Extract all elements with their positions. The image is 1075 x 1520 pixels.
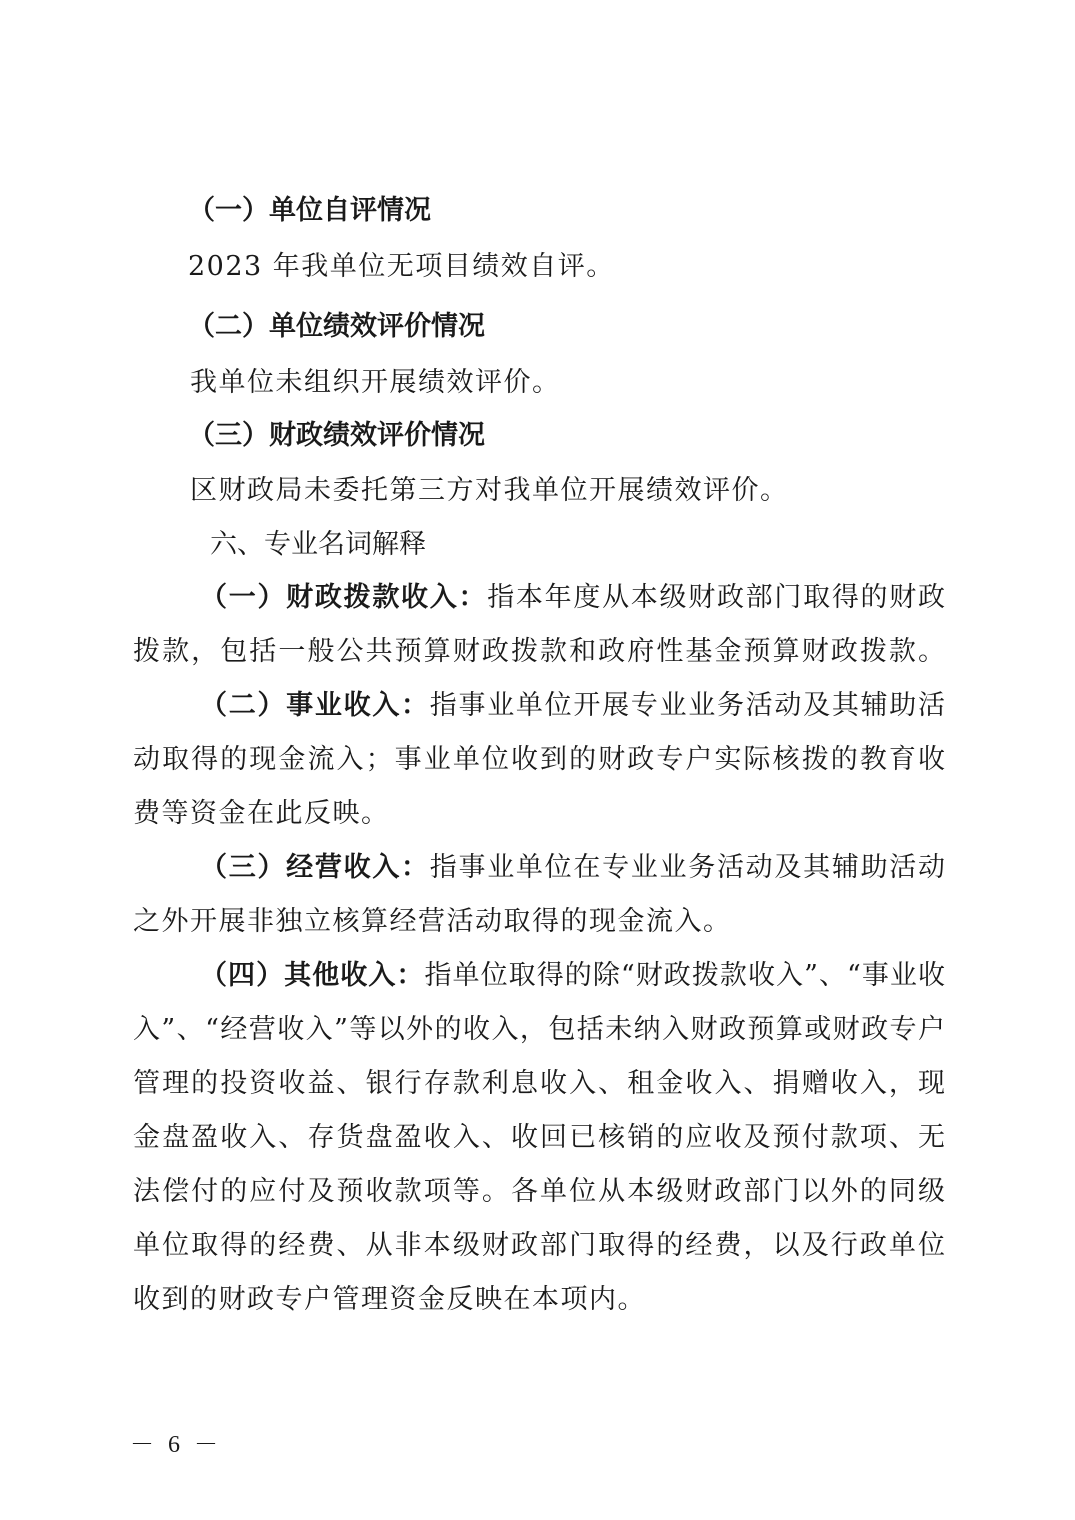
term-text: 指事业单位开展专业业务活动及其辅助活 [430,690,945,721]
term-paragraph-operating-income-line-2: 之外开展非独立核算经营活动取得的现金流入。 [133,904,732,940]
paragraph-self-evaluation: 2023 年我单位无项目绩效自评。 [188,249,615,285]
term-text: 指本年度从本级财政部门取得的财政 [487,582,945,613]
document-page: （一）单位自评情况 2023 年我单位无项目绩效自评。 （二）单位绩效评价情况 … [0,0,1075,1520]
subsection-heading-unit-performance-evaluation: （二）单位绩效评价情况 [188,309,485,345]
term-paragraph-other-income-line-7: 收到的财政专户管理资金反映在本项内。 [133,1282,646,1318]
term-paragraph-other-income-line-3: 管理的投资收益、银行存款利息收入、租金收入、捐赠收入，现 [133,1066,945,1102]
term-paragraph-other-income-line-5: 法偿付的应付及预收款项等。各单位从本级财政部门以外的同级 [133,1174,945,1210]
subsection-heading-fiscal-performance-evaluation: （三）财政绩效评价情况 [188,418,485,454]
subsection-heading-self-evaluation: （一）单位自评情况 [188,193,431,229]
term-paragraph-other-income-line-2: 入”、“经营收入”等以外的收入，包括未纳入财政预算或财政专户 [133,1012,945,1048]
term-paragraph-other-income-line-6: 单位取得的经费、从非本级财政部门取得的经费，以及行政单位 [133,1228,945,1264]
term-text: 指事业单位在专业业务活动及其辅助活动 [430,852,945,883]
term-paragraph-business-income-line-3: 费等资金在此反映。 [133,796,390,832]
term-label-operating-income: （三）经营收入： [200,852,430,883]
term-label-business-income: （二）事业收入： [200,690,430,721]
term-label-other-income: （四）其他收入： [200,960,424,991]
term-paragraph-business-income-line-2: 动取得的现金流入；事业单位收到的财政专户实际核拨的教育收 [133,742,945,778]
term-label-fiscal-appropriation: （一）财政拨款收入： [200,582,487,613]
section-heading-terminology: 六、专业名词解释 [210,527,426,563]
term-paragraph-fiscal-appropriation-line-2: 拨款，包括一般公共预算财政拨款和政府性基金预算财政拨款。 [133,634,945,670]
term-text: 指单位取得的除“财政拨款收入”、“事业收 [424,960,945,991]
term-paragraph-operating-income-line-1: （三）经营收入：指事业单位在专业业务活动及其辅助活动 [200,850,945,886]
term-paragraph-other-income-line-4: 金盘盈收入、存货盘盈收入、收回已核销的应收及预付款项、无 [133,1120,945,1156]
term-paragraph-business-income-line-1: （二）事业收入：指事业单位开展专业业务活动及其辅助活 [200,688,945,724]
term-paragraph-other-income-line-1: （四）其他收入：指单位取得的除“财政拨款收入”、“事业收 [200,958,945,994]
paragraph-fiscal-performance-evaluation: 区财政局未委托第三方对我单位开展绩效评价。 [190,473,789,509]
term-paragraph-fiscal-appropriation-line-1: （一）财政拨款收入：指本年度从本级财政部门取得的财政 [200,580,945,616]
page-number: － 6 － [130,1430,222,1460]
paragraph-unit-performance-evaluation: 我单位未组织开展绩效评价。 [190,365,561,401]
